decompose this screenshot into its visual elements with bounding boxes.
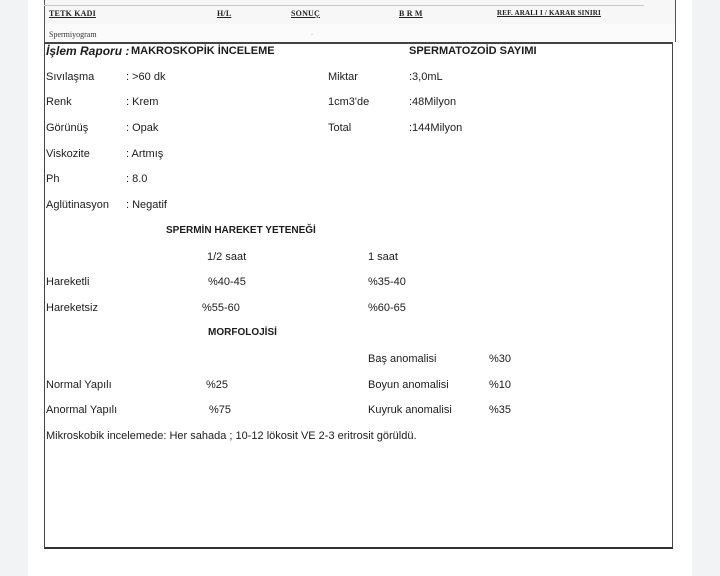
test-row: Spermiyogram .	[44, 24, 676, 42]
count-label: Total	[328, 122, 351, 134]
microscopy-note: Mikroskobik incelemede: Her sahada ; 10-…	[46, 430, 417, 442]
header-col-hl: H/L	[217, 9, 231, 18]
anomaly-value: %10	[489, 379, 511, 391]
anomaly-label: Baş anomalisi	[368, 353, 436, 365]
macro-label: Görünüş	[46, 122, 88, 134]
header-col-unit: B R M	[399, 9, 423, 18]
motility-header-half-hour: 1/2 saat	[207, 251, 246, 263]
count-value: :144Milyon	[409, 122, 462, 134]
count-label: Miktar	[328, 71, 358, 83]
morph-value: %75	[209, 404, 231, 416]
header-col-ref-range: REF. ARALI I / KARAR SINIRI	[497, 9, 601, 17]
macro-value: : Krem	[126, 96, 158, 108]
header-col-test-name: TETK KADI	[49, 9, 96, 18]
count-label: 1cm3'de	[328, 96, 369, 108]
macro-label: Viskozite	[46, 148, 90, 160]
morph-title: MORFOLOJİSİ	[208, 327, 277, 338]
macro-value: : 8.0	[126, 173, 147, 185]
motility-header-one-hour: 1 saat	[368, 251, 398, 263]
anomaly-label: Boyun anomalisi	[368, 379, 449, 391]
count-value: :3,0mL	[409, 71, 443, 83]
macro-label: Renk	[46, 96, 72, 108]
macro-title: MAKROSKOPİK İNCELEME	[131, 45, 275, 57]
header-col-result: SONUÇ	[291, 9, 320, 18]
report-body	[44, 42, 673, 549]
macro-value: : Opak	[126, 122, 158, 134]
macro-value: : Artmış	[126, 148, 163, 160]
macro-value: : Negatif	[126, 199, 167, 211]
macro-label: Sıvılaşma	[46, 71, 94, 83]
test-name: Spermiyogram	[49, 30, 97, 39]
count-title: SPERMATOZOİD SAYIMI	[409, 45, 537, 57]
report-title-prefix: İşlem Raporu :	[46, 44, 129, 58]
motility-one-hour: %60-65	[368, 302, 406, 314]
anomaly-value: %35	[489, 404, 511, 416]
test-row-dot: .	[311, 30, 313, 37]
macro-value: : >60 dk	[126, 71, 165, 83]
macro-label: Ph	[46, 173, 59, 185]
anomaly-label: Kuyruk anomalisi	[368, 404, 452, 416]
count-value: :48Milyon	[409, 96, 456, 108]
macro-label: Aglütinasyon	[46, 199, 109, 211]
motility-label: Hareketsiz	[46, 302, 98, 314]
morph-label: Normal Yapılı	[46, 379, 112, 391]
morph-value: %25	[206, 379, 228, 391]
morph-label: Anormal Yapılı	[46, 404, 117, 416]
anomaly-value: %30	[489, 353, 511, 365]
motility-title: SPERMİN HAREKET YETENEĞİ	[166, 225, 316, 236]
motility-half-hour: %55-60	[202, 302, 240, 314]
header-divider	[44, 5, 644, 6]
motility-label: Hareketli	[46, 276, 89, 288]
motility-half-hour: %40-45	[208, 276, 246, 288]
motility-one-hour: %35-40	[368, 276, 406, 288]
